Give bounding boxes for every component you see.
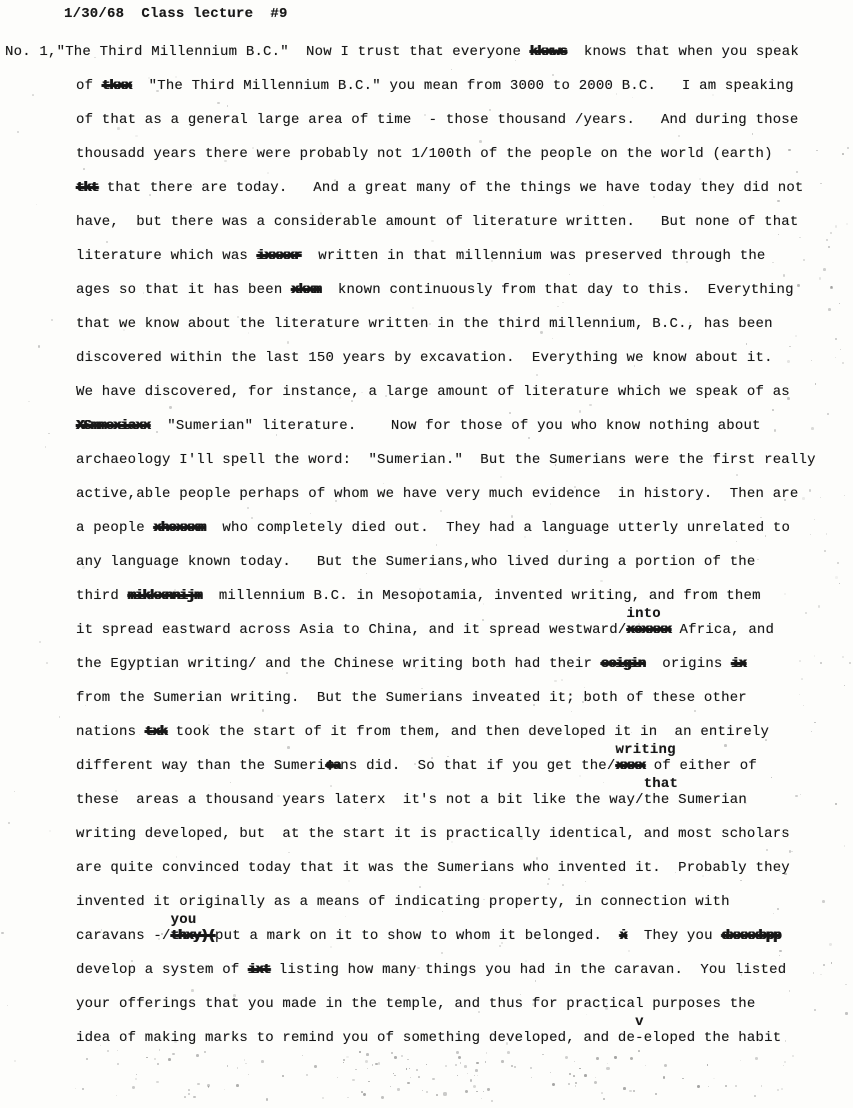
scan-noise-dot xyxy=(607,1063,608,1064)
text-line: the Egyptian writing/ and the Chinese wr… xyxy=(76,656,746,672)
scan-noise-dot xyxy=(771,777,772,778)
scan-noise-dot xyxy=(831,286,833,288)
scan-noise-dot xyxy=(824,550,826,552)
text-line: third mikkxnnijm millennium B.C. in Meso… xyxy=(76,588,761,604)
scan-noise-dot xyxy=(306,1074,307,1075)
scan-noise-dot xyxy=(814,519,815,520)
typed-text: caravans -/ xyxy=(76,928,171,944)
scan-noise-dot xyxy=(815,383,816,384)
scan-noise-dot xyxy=(614,1056,616,1058)
scan-noise-dot xyxy=(789,850,792,853)
scan-noise-dot xyxy=(584,687,585,688)
scan-noise-dot xyxy=(561,679,563,681)
typed-text: writing developed, but at the start it i… xyxy=(76,826,790,842)
scan-noise-dot xyxy=(847,147,849,149)
scan-noise-dot xyxy=(813,972,815,974)
typed-text: took the start of it from them, and then… xyxy=(167,724,769,740)
scan-noise-dot xyxy=(477,1075,478,1076)
scan-noise-dot xyxy=(773,913,775,915)
scan-noise-dot xyxy=(633,1090,635,1092)
scan-noise-dot xyxy=(372,1064,373,1065)
scan-noise-dot xyxy=(820,497,821,498)
scan-noise-dot xyxy=(245,1063,247,1065)
scan-noise-dot xyxy=(697,1085,700,1088)
scan-noise-dot xyxy=(302,1055,303,1056)
scan-noise-dot xyxy=(820,662,822,664)
typed-text: "Sumerian" literature. Now for those of … xyxy=(150,418,761,434)
scan-noise-dot xyxy=(474,1075,475,1076)
scan-noise-dot xyxy=(799,694,800,695)
scan-noise-dot xyxy=(347,1097,348,1098)
scan-noise-dot xyxy=(784,593,786,595)
scan-noise-dot xyxy=(845,984,847,986)
scan-noise-dot xyxy=(445,1065,447,1067)
text-line: ages so that it has been xkxm known cont… xyxy=(76,282,794,298)
typed-text: your offerings that you made in the temp… xyxy=(76,996,756,1012)
scan-noise-dot xyxy=(355,1069,357,1071)
scan-noise-dot xyxy=(818,605,821,608)
scan-noise-dot xyxy=(606,1067,609,1070)
scan-noise-dot xyxy=(440,510,442,512)
scan-noise-dot xyxy=(579,1068,580,1069)
typed-text: of that as a general large area of time … xyxy=(76,112,799,128)
scan-noise-dot xyxy=(630,1057,633,1060)
scan-noise-dot xyxy=(248,332,250,334)
scan-noise-dot xyxy=(473,1085,476,1088)
typed-text: origins xyxy=(645,656,731,672)
scan-noise-dot xyxy=(501,1060,504,1063)
scan-noise-dot xyxy=(629,1090,631,1092)
scan-noise-dot xyxy=(520,994,521,995)
scan-noise-dot xyxy=(419,886,421,888)
typed-text: archaeology I'll spell the word: "Sumeri… xyxy=(76,452,816,468)
typed-text: have, but there was a considerable amoun… xyxy=(76,214,799,230)
scan-noise-dot xyxy=(499,945,501,947)
scan-noise-dot xyxy=(846,223,848,225)
document-header: 1/30/68 Class lecture #9 xyxy=(64,6,288,22)
scan-noise-dot xyxy=(236,1084,239,1087)
scan-noise-dot xyxy=(835,576,838,579)
typed-text: the Egyptian writing/ and the Chinese wr… xyxy=(76,656,601,672)
scan-noise-dot xyxy=(266,1098,269,1101)
scan-noise-dot xyxy=(464,1065,467,1068)
scan-noise-dot xyxy=(436,1094,438,1096)
scan-noise-dot xyxy=(230,782,231,783)
scan-noise-dot xyxy=(712,94,714,96)
scan-noise-dot xyxy=(426,1064,427,1065)
typed-text: different way than the Sumeri xyxy=(76,758,325,774)
scan-noise-dot xyxy=(116,1095,117,1096)
scan-noise-dot xyxy=(789,990,790,991)
scan-noise-dot xyxy=(436,544,438,546)
typed-text: ns did. So that if you get the/ xyxy=(340,758,615,774)
scan-noise-dot xyxy=(8,822,10,824)
scan-noise-dot xyxy=(107,1050,109,1052)
scan-noise-dot xyxy=(157,1063,159,1065)
scan-noise-dot xyxy=(601,1092,603,1094)
scan-noise-dot xyxy=(840,349,841,350)
scan-noise-dot xyxy=(248,1074,249,1075)
scan-noise-dot xyxy=(276,434,278,436)
text-line: active,able people perhaps of whom we ha… xyxy=(76,486,799,502)
scan-noise-dot xyxy=(803,705,805,707)
scan-noise-dot xyxy=(566,550,568,552)
scan-noise-dot xyxy=(736,474,738,476)
typed-text: written in that millennium was preserved… xyxy=(301,248,765,264)
scan-noise-dot xyxy=(481,1098,483,1100)
typed-text: third xyxy=(76,588,128,604)
scan-noise-dot xyxy=(32,94,34,96)
scan-noise-dot xyxy=(784,1061,787,1064)
scan-noise-dot xyxy=(600,580,602,582)
scan-noise-dot xyxy=(811,427,814,430)
typed-text: known continuously from that day to this… xyxy=(321,282,794,298)
scan-noise-dot xyxy=(476,1091,478,1093)
scan-noise-dot xyxy=(224,1089,226,1091)
scan-noise-dot xyxy=(772,262,774,264)
typed-text: invented it originally as a means of ind… xyxy=(76,894,730,910)
scan-noise-dot xyxy=(645,1065,646,1066)
text-line: that we know about the literature writte… xyxy=(76,316,773,332)
scan-noise-dot xyxy=(176,856,177,857)
scan-noise-dot xyxy=(117,1063,119,1065)
scan-noise-dot xyxy=(159,1049,161,1051)
scan-noise-dot xyxy=(797,284,800,287)
scan-noise-dot xyxy=(368,1081,369,1082)
scan-noise-dot xyxy=(603,1098,605,1100)
scan-noise-dot xyxy=(48,433,49,434)
typed-text: of xyxy=(76,78,102,94)
scan-noise-dot xyxy=(378,1062,380,1064)
scan-noise-dot xyxy=(314,1065,317,1068)
typed-text: listing how many things you had in the c… xyxy=(270,962,786,978)
typed-text: ages so that it has been xyxy=(76,282,291,298)
scan-noise-dot xyxy=(835,803,836,804)
text-line: of that as a general large area of time … xyxy=(76,112,799,128)
scan-noise-dot xyxy=(724,744,727,747)
scan-noise-dot xyxy=(810,534,811,535)
scan-noise-dot xyxy=(82,1088,84,1090)
typed-text: discovered within the last 150 years by … xyxy=(76,350,773,366)
text-line: from the Sumerian writing. But the Sumer… xyxy=(76,690,747,706)
scan-noise-dot xyxy=(310,513,311,514)
scan-noise-dot xyxy=(261,1060,264,1063)
text-line: idea of making marks to remind you of so… xyxy=(76,1030,781,1046)
scan-noise-dot xyxy=(814,722,816,724)
scan-noise-dot xyxy=(1,932,3,934)
overstruck-text: ¢a xyxy=(325,758,340,774)
scan-noise-dot xyxy=(789,346,790,347)
scan-noise-dot xyxy=(507,1051,510,1054)
scan-noise-dot xyxy=(509,412,511,414)
text-line: different way than the Sumeri¢ans did. S… xyxy=(76,758,757,774)
scan-noise-dot xyxy=(45,446,47,448)
scan-noise-dot xyxy=(416,1069,418,1071)
text-line: it spread eastward across Asia to China,… xyxy=(76,622,774,638)
scan-noise-dot xyxy=(760,517,761,518)
scan-noise-dot xyxy=(678,135,680,137)
scan-noise-dot xyxy=(117,1050,118,1051)
scan-noise-dot xyxy=(359,1051,360,1052)
scan-noise-dot xyxy=(829,943,831,945)
scan-noise-dot xyxy=(844,845,845,846)
overstruck-text: ocigin xyxy=(601,656,645,672)
scan-noise-dot xyxy=(801,678,803,680)
scan-noise-dot xyxy=(735,1085,738,1088)
scan-noise-dot xyxy=(237,1067,239,1069)
scan-noise-dot xyxy=(407,1059,408,1060)
scan-noise-dot xyxy=(802,497,805,500)
overstruck-text: tkxx xyxy=(102,78,132,94)
scan-noise-dot xyxy=(367,1068,368,1069)
scan-noise-dot xyxy=(500,476,502,478)
scan-noise-dot xyxy=(458,1056,461,1059)
scan-noise-dot xyxy=(135,135,138,138)
scan-noise-dot xyxy=(451,69,452,70)
scan-noise-dot xyxy=(511,515,513,517)
scan-noise-dot xyxy=(244,1059,246,1061)
scan-noise-dot xyxy=(574,1061,575,1062)
typed-text: thousadd years there were probably not 1… xyxy=(76,146,773,162)
scan-noise-dot xyxy=(193,1096,196,1099)
scan-noise-dot xyxy=(638,1050,640,1052)
scan-noise-dot xyxy=(811,360,813,362)
scan-noise-dot xyxy=(217,102,219,104)
scan-noise-dot xyxy=(524,536,526,538)
scan-noise-dot xyxy=(831,962,833,964)
scan-noise-dot xyxy=(431,240,433,242)
scan-noise-dot xyxy=(814,1009,816,1011)
scan-noise-dot xyxy=(589,404,591,406)
typed-text: We have discovered, for instance, a larg… xyxy=(76,384,790,400)
scan-noise-dot xyxy=(169,406,171,408)
scan-noise-dot xyxy=(287,341,289,343)
scan-noise-dot xyxy=(536,374,538,376)
scan-noise-dot xyxy=(682,1078,683,1079)
text-line: have, but there was a considerable amoun… xyxy=(76,214,799,230)
scan-noise-dot xyxy=(552,1083,555,1086)
scan-noise-dot xyxy=(390,1086,391,1087)
text-line: invented it originally as a means of ind… xyxy=(76,894,730,910)
scan-noise-dot xyxy=(282,1075,284,1077)
scan-noise-dot xyxy=(830,232,832,234)
scan-noise-dot xyxy=(443,1092,446,1095)
scan-noise-dot xyxy=(819,277,822,280)
typed-text: a people xyxy=(76,520,153,536)
scan-noise-dot xyxy=(573,1075,575,1077)
text-line: of tkxx "The Third Millennium B.C." you … xyxy=(76,78,794,94)
scan-noise-dot xyxy=(361,1091,363,1093)
overstruck-text: ix xyxy=(731,656,746,672)
scan-noise-dot xyxy=(656,40,657,41)
scan-noise-dot xyxy=(28,401,29,402)
scan-noise-dot xyxy=(752,133,753,134)
scan-noise-dot xyxy=(487,1088,489,1090)
scan-noise-dot xyxy=(569,1073,571,1075)
scan-noise-dot xyxy=(542,1054,543,1055)
typed-text: millennium B.C. in Mesopotamia, invented… xyxy=(202,588,761,604)
scan-noise-dot xyxy=(156,1081,159,1084)
typed-text: it spread eastward across Asia to China,… xyxy=(76,622,627,638)
scan-noise-dot xyxy=(822,900,825,903)
overstruck-text: xcxxxx xyxy=(627,622,671,638)
scan-noise-dot xyxy=(788,149,790,151)
scan-noise-dot xyxy=(774,429,777,432)
scan-noise-dot xyxy=(530,1067,532,1069)
scan-noise-dot xyxy=(457,1075,458,1076)
scan-noise-dot xyxy=(569,274,570,275)
scan-noise-dot xyxy=(528,437,530,439)
scan-noise-dot xyxy=(343,1062,344,1063)
scan-noise-dot xyxy=(579,410,582,413)
scan-noise-dot xyxy=(772,409,774,411)
scan-noise-dot xyxy=(401,1055,403,1057)
scan-noise-dot xyxy=(136,1074,137,1075)
scan-noise-dot xyxy=(188,1093,190,1095)
typed-text: No. 1,"The Third Millennium B.C." Now I … xyxy=(5,44,530,60)
scan-noise-dot xyxy=(46,662,48,664)
overstruck-text: kkxws xyxy=(530,44,567,60)
scan-noise-dot xyxy=(322,1097,324,1099)
text-line: caravans -/youthxy)(put a mark on it to … xyxy=(76,928,781,944)
typed-text: develop a system of xyxy=(76,962,248,978)
scan-noise-dot xyxy=(531,1077,532,1078)
scan-noise-dot xyxy=(83,168,85,170)
scan-noise-dot xyxy=(707,1064,709,1066)
scan-noise-dot xyxy=(383,483,384,484)
scan-noise-dot xyxy=(761,1085,762,1086)
scan-noise-dot xyxy=(595,1077,596,1078)
scan-noise-dot xyxy=(655,1093,657,1095)
scan-noise-dot xyxy=(828,246,830,248)
scan-noise-dot xyxy=(557,306,558,307)
scan-noise-dot xyxy=(247,507,249,509)
scan-noise-dot xyxy=(410,1077,411,1078)
scan-noise-dot xyxy=(814,655,815,656)
scan-noise-dot xyxy=(603,205,604,206)
scan-noise-dot xyxy=(844,495,845,496)
scan-noise-dot xyxy=(552,74,554,76)
scan-noise-dot xyxy=(799,237,800,238)
scan-noise-dot xyxy=(803,259,805,261)
scan-noise-dot xyxy=(441,952,443,954)
typed-text: any language known today. But the Sumeri… xyxy=(76,554,756,570)
overstruck-text: thxy)( xyxy=(171,928,215,944)
typed-text: They you xyxy=(627,928,722,944)
scan-noise-dot xyxy=(653,196,655,198)
typed-text: -eloped the habit xyxy=(635,1030,781,1046)
typed-text: idea of making marks to remind you of so… xyxy=(76,1030,635,1046)
scan-noise-dot xyxy=(568,1083,570,1085)
typed-text: "The Third Millennium B.C." you mean fro… xyxy=(131,78,793,94)
overstruck-text: xkxm xyxy=(291,282,321,298)
scan-noise-dot xyxy=(828,308,831,311)
scan-noise-dot xyxy=(7,1005,8,1006)
scan-noise-dot xyxy=(547,883,549,885)
scan-noise-dot xyxy=(208,1086,209,1087)
overstruck-text: xhoxxxm xyxy=(153,520,205,536)
scan-noise-dot xyxy=(352,1079,354,1081)
scan-noise-dot xyxy=(826,533,828,535)
scan-noise-dot xyxy=(708,1086,709,1087)
scan-noise-dot xyxy=(586,1014,587,1015)
scan-noise-dot xyxy=(394,1056,397,1059)
overstruck-text: ixxxxr xyxy=(257,248,301,264)
scan-noise-dot xyxy=(562,302,563,303)
text-line: nations txk took the start of it from th… xyxy=(76,724,769,740)
scan-noise-dot xyxy=(168,1058,171,1061)
typed-text: knows that when you speak xyxy=(567,44,799,60)
scan-noise-dot xyxy=(550,1072,551,1073)
scan-noise-dot xyxy=(579,775,581,777)
scan-noise-dot xyxy=(366,1053,369,1056)
scan-noise-dot xyxy=(778,234,779,235)
typed-text: put a mark on it to show to whom it belo… xyxy=(215,928,619,944)
typed-text: nations xyxy=(76,724,145,740)
scan-noise-dot xyxy=(842,153,844,155)
scan-noise-dot xyxy=(86,1058,88,1060)
typed-text: from the Sumerian writing. But the Sumer… xyxy=(76,690,747,706)
text-line: thousadd years there were probably not 1… xyxy=(76,146,773,162)
scan-noise-dot xyxy=(795,335,797,337)
scan-noise-dot xyxy=(346,1056,348,1058)
scan-noise-dot xyxy=(491,1100,493,1102)
scan-noise-dot xyxy=(842,656,844,658)
scan-noise-dot xyxy=(106,241,108,243)
scan-noise-dot xyxy=(288,852,290,854)
scan-noise-dot xyxy=(262,709,264,711)
scan-noise-dot xyxy=(552,338,553,339)
scan-noise-dot xyxy=(475,1069,478,1072)
scan-noise-dot xyxy=(664,1064,667,1067)
scan-noise-dot xyxy=(779,950,781,952)
typed-text: that there are today. And a great many o… xyxy=(98,180,803,196)
text-line: develop a system of ixt listing how many… xyxy=(76,962,786,978)
scan-noise-dot xyxy=(391,1052,393,1054)
scan-noise-dot xyxy=(394,1075,396,1077)
scan-noise-dot xyxy=(485,1061,486,1062)
typed-text: Africa, and xyxy=(671,622,774,638)
typed-text: of either of xyxy=(645,758,757,774)
scan-noise-dot xyxy=(146,1057,148,1059)
overstruck-text: mikkxnnijm xyxy=(128,588,202,604)
scan-noise-dot xyxy=(766,849,768,851)
scan-noise-dot xyxy=(783,274,785,276)
scan-noise-dot xyxy=(565,1056,568,1059)
scan-noise-dot xyxy=(188,1089,190,1091)
scan-noise-dot xyxy=(467,1073,468,1074)
scan-noise-dot xyxy=(781,1088,783,1090)
scan-noise-dot xyxy=(375,1063,378,1066)
scan-noise-dot xyxy=(393,1073,394,1074)
scan-noise-dot xyxy=(59,716,61,718)
scan-noise-dot xyxy=(154,1058,157,1061)
scan-noise-dot xyxy=(204,1051,206,1053)
scan-noise-dot xyxy=(844,685,845,686)
scan-noise-dot xyxy=(483,1091,484,1092)
scan-noise-dot xyxy=(406,1068,408,1070)
scan-noise-dot xyxy=(746,343,747,344)
scan-noise-dot xyxy=(287,746,290,749)
scan-noise-dot xyxy=(603,782,604,783)
scan-noise-dot xyxy=(757,559,758,560)
scan-noise-dot xyxy=(197,1083,200,1086)
scan-noise-dot xyxy=(286,672,288,674)
scan-noise-dot xyxy=(811,731,812,732)
scan-noise-dot xyxy=(39,641,41,643)
scan-noise-dot xyxy=(75,1088,76,1089)
scan-noise-dot xyxy=(351,400,353,402)
